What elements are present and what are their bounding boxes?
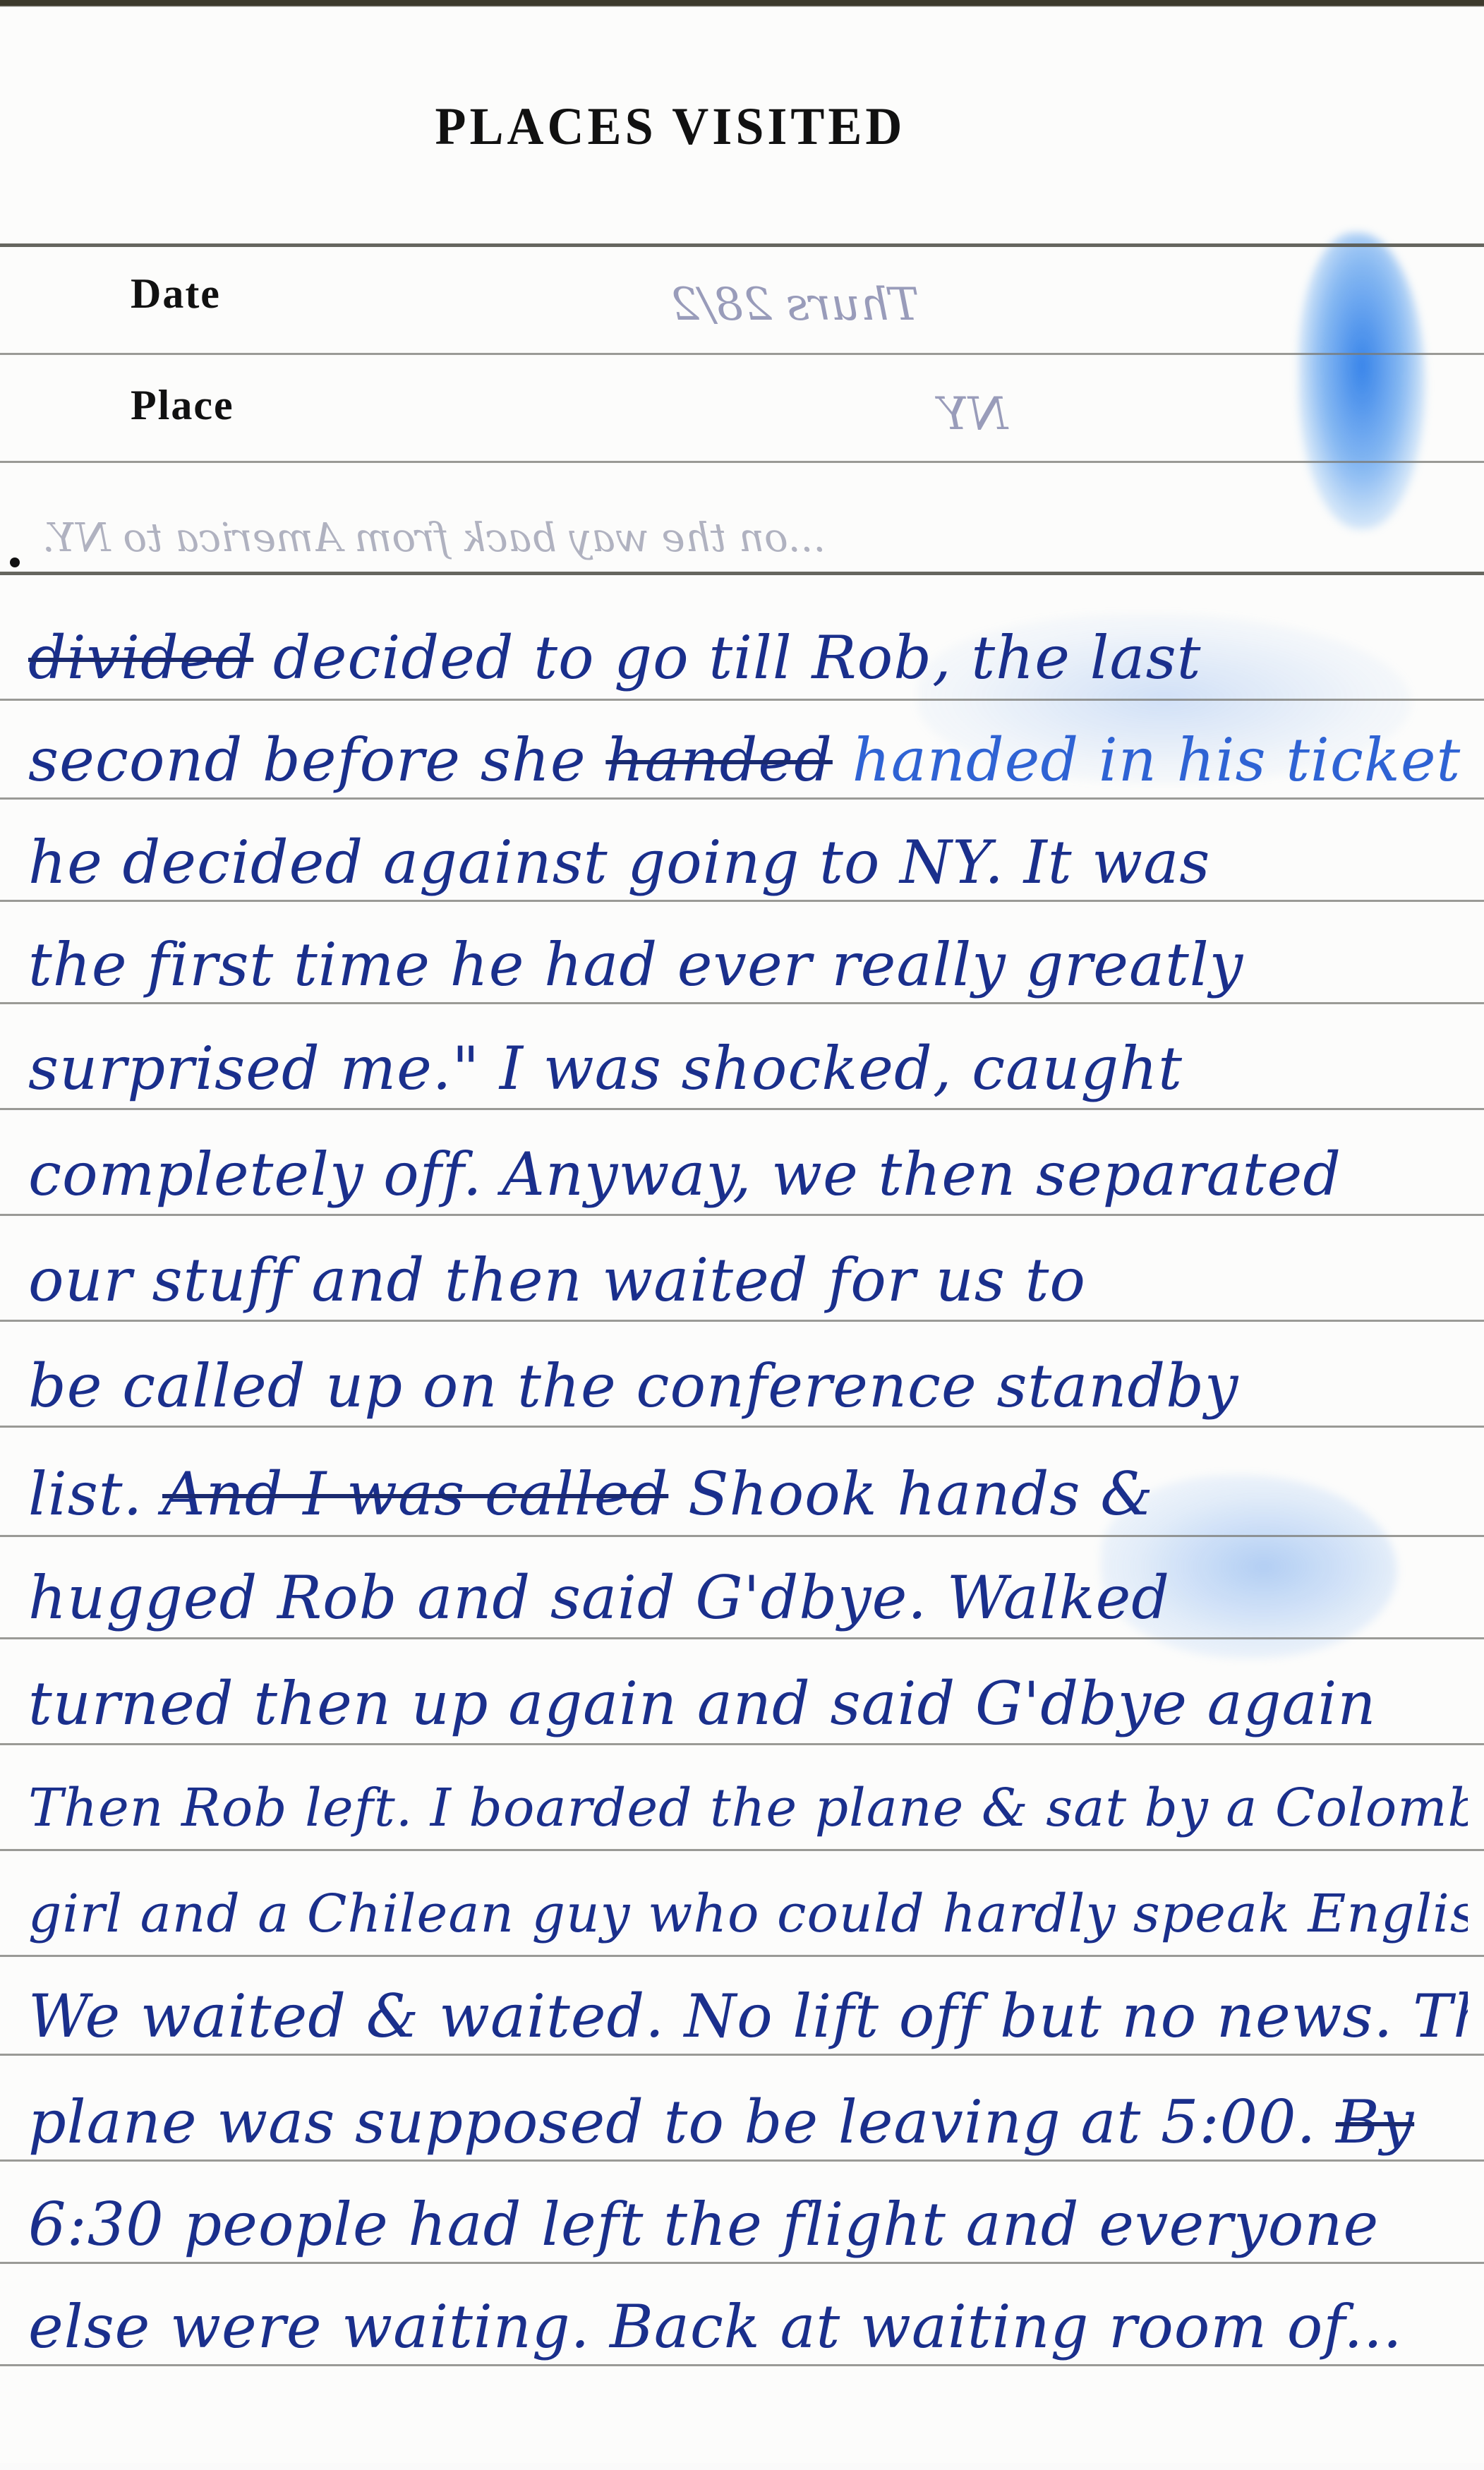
- page-title: PLACES VISITED: [0, 96, 1341, 157]
- handwritten-line: We waited & waited. No lift off but no n…: [28, 1987, 1468, 2099]
- handwritten-line: completely off. Anyway, we then separate…: [28, 1145, 1468, 1258]
- ink-blot: [1298, 233, 1425, 529]
- handwritten-line: second before she handed handed in his t…: [28, 730, 1468, 843]
- ruling-line: [0, 572, 1484, 575]
- handwritten-line: turned then up again and said G'dbye aga…: [28, 1674, 1468, 1787]
- handwritten-line: hugged Rob and said G'dbye. Walked: [28, 1568, 1468, 1681]
- date-label: Date: [131, 270, 221, 318]
- ruling-line: [0, 243, 1484, 247]
- bullet-dot: [10, 558, 20, 567]
- handwritten-line: 6:30 people had left the flight and ever…: [28, 2195, 1468, 2308]
- ruling-line: [0, 353, 1484, 355]
- date-bleed-through: Thurs 28/2: [670, 279, 919, 331]
- journal-page: PLACES VISITED Date Thurs 28/2 Place NY …: [0, 7, 1484, 2463]
- handwritten-line: surprised me." I was shocked, caught: [28, 1039, 1468, 1152]
- handwritten-line: plane was supposed to be leaving at 5:00…: [28, 2092, 1468, 2205]
- handwritten-line: Then Rob left. I boarded the plane & sat…: [28, 1782, 1468, 1895]
- handwritten-line: else were waiting. Back at waiting room …: [28, 2297, 1468, 2410]
- handwritten-line: divided decided to go till Rob, the last: [28, 628, 1468, 741]
- bleed-through-text: ...on the way back from America to NY.: [42, 515, 1454, 561]
- place-bleed-through: NY: [939, 388, 1008, 440]
- handwritten-line: our stuff and then waited for us to: [28, 1251, 1468, 1363]
- handwritten-line: he decided against going to NY. It was: [28, 833, 1468, 946]
- handwritten-line: girl and a Chilean guy who could hardly …: [28, 1888, 1468, 2001]
- handwritten-line: list. And I was called Shook hands &: [28, 1464, 1468, 1577]
- ruling-line: [0, 461, 1484, 463]
- place-label: Place: [131, 381, 234, 430]
- handwritten-line: be called up on the conference standby: [28, 1356, 1468, 1469]
- handwritten-line: the first time he had ever really greatl…: [28, 935, 1468, 1048]
